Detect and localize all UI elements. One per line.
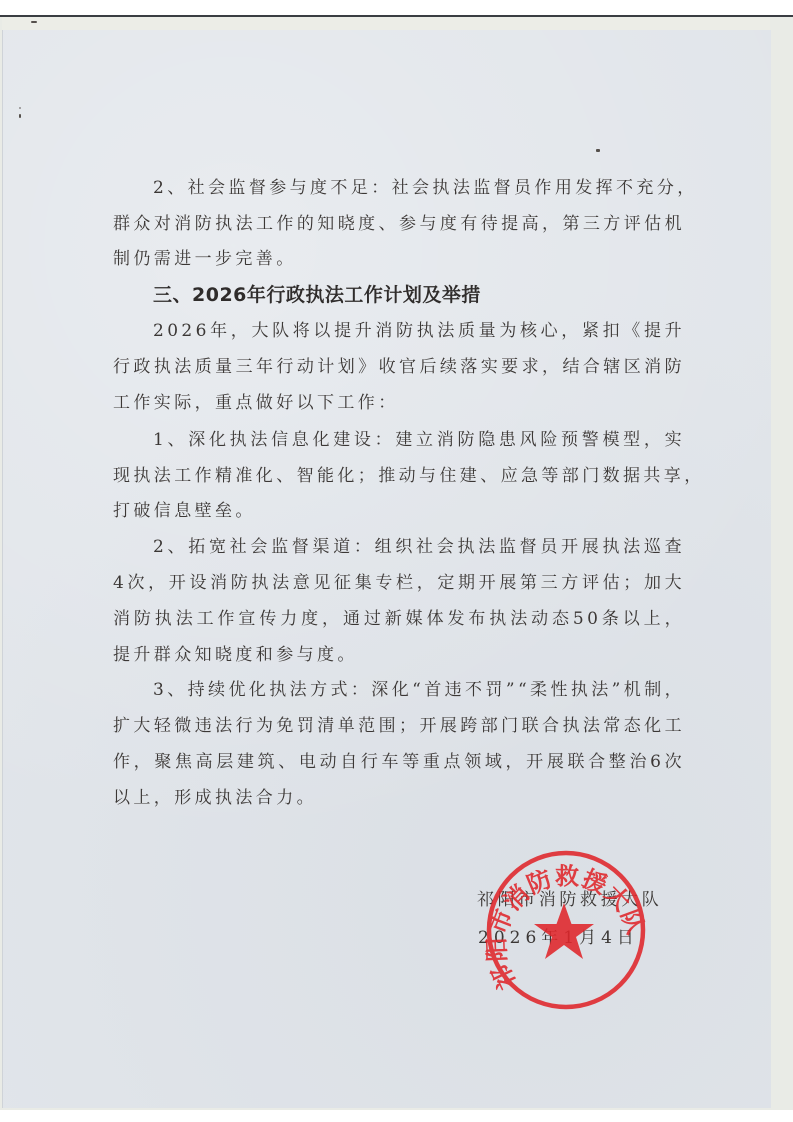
paragraph-line: 2、社会监督参与度不足：社会执法监督员作用发挥不充分， — [153, 176, 685, 200]
list-item-line: 1、深化执法信息化建设：建立消防隐患风险预警模型，实 — [153, 428, 685, 452]
scanner-top-strip — [2, 17, 770, 31]
list-item-line: 现执法工作精准化、智能化；推动与住建、应急等部门数据共享， — [113, 464, 685, 488]
list-item-line: 打破信息壁垒。 — [113, 499, 685, 523]
paragraph-line: 2026年，大队将以提升消防执法质量为核心，紧扣《提升 — [153, 319, 685, 343]
list-item-line: 4次，开设消防执法意见征集专栏，定期开展第三方评估；加大 — [113, 571, 685, 595]
scan-speck — [31, 21, 37, 23]
list-item-line: 2、拓宽社会监督渠道：组织社会执法监督员开展执法巡查 — [153, 535, 685, 559]
official-seal-stamp: 祁阳市消防救援大队 — [485, 848, 647, 1012]
list-item-line: 3、持续优化执法方式：深化“首违不罚”“柔性执法”机制， — [153, 678, 685, 702]
paragraph-line: 工作实际，重点做好以下工作： — [113, 391, 685, 415]
paragraph-line: 行政执法质量三年行动计划》收官后续落实要求，结合辖区消防 — [113, 355, 685, 379]
scanned-document-page: 2、社会监督参与度不足：社会执法监督员作用发挥不充分， 群众对消防执法工作的知晓… — [0, 0, 793, 1122]
section-heading: 三、2026年行政执法工作计划及举措 — [153, 282, 481, 308]
list-item-line: 作，聚焦高层建筑、电动自行车等重点领域，开展联合整治6次 — [113, 750, 685, 774]
scan-speck — [19, 107, 21, 109]
list-item-line: 扩大轻微违法行为免罚清单范围；开展跨部门联合执法常态化工 — [113, 714, 685, 738]
scan-speck — [19, 114, 21, 118]
list-item-line: 以上，形成执法合力。 — [113, 786, 685, 810]
list-item-line: 消防执法工作宣传力度，通过新媒体发布执法动态50条以上， — [113, 607, 685, 631]
paragraph-line: 群众对消防执法工作的知晓度、参与度有待提高，第三方评估机 — [113, 212, 685, 236]
paragraph-line: 制仍需进一步完善。 — [113, 247, 685, 271]
star-icon — [534, 903, 594, 959]
list-item-line: 提升群众知晓度和参与度。 — [113, 643, 685, 667]
scan-speck — [596, 149, 600, 152]
